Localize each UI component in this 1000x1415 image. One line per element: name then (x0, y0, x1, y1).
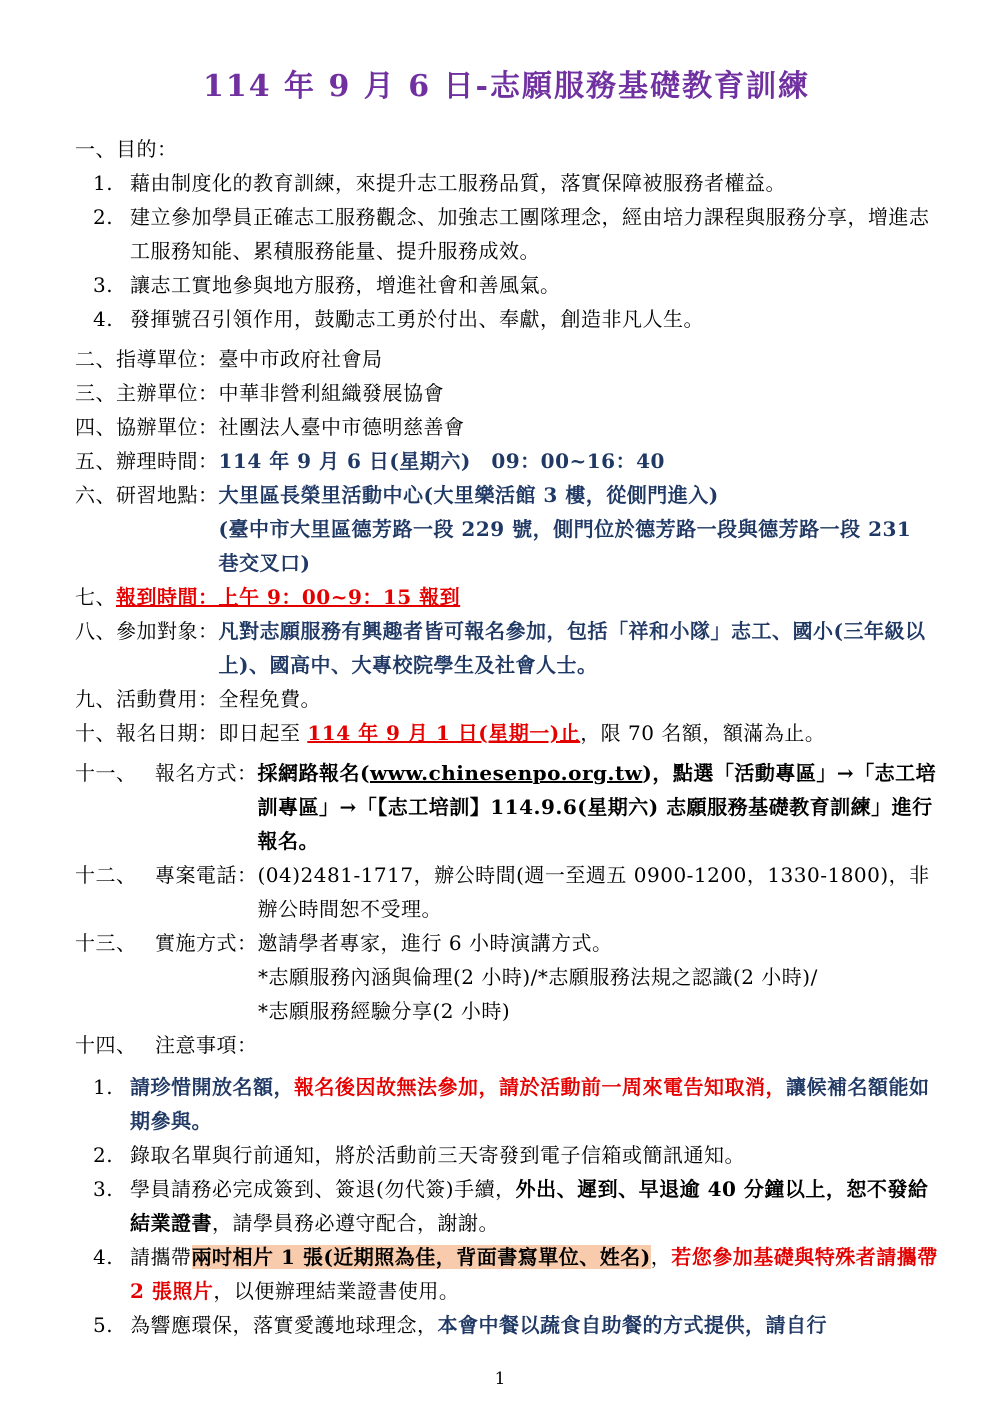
registration-section: 十一、 報名方式： 採網路報名(www.chinesenpo.org.tw)，點… (75, 756, 938, 858)
note-run: 請珍惜開放名額， (130, 1075, 294, 1099)
item-number: 1. (93, 1070, 130, 1104)
purpose-item-1: 1. 藉由制度化的教育訓練，來提升志工服務品質，落實保障被服務者權益。 (75, 166, 938, 200)
note-run: 錄取名單與行前通知，將於活動前三天寄發到電子信箱或簡訊通知。 (130, 1138, 938, 1172)
method-course-1: *志願服務內涵與倫理(2 小時)/*志願服務法規之認識(2 小時)/ (258, 960, 938, 994)
phone-section: 十二、 專案電話： (04)2481-1717，辦公時間(週一至週五 0900-… (75, 858, 938, 926)
method-section: 十三、 實施方式： 邀請學者專家，進行 6 小時演講方式。 (75, 926, 938, 960)
note-run: ，請學員務必遵守配合，謝謝。 (212, 1211, 499, 1235)
schedule-label: 五、辦理時間： (75, 449, 219, 473)
deadline-date: 114 年 9 月 1 日(星期一)止 (307, 721, 580, 745)
registration-text-1: 採網路報名( (258, 761, 370, 785)
venue-line2: (臺中市大里區德芳路一段 229 號，側門位於德芳路一段與德芳路一段 231 巷… (219, 517, 912, 575)
deadline-section: 十、報名日期：即日起至 114 年 9 月 1 日(星期一)止，限 70 名額，… (75, 716, 938, 750)
item-text: 建立參加學員正確志工服務觀念、加強志工團隊理念，經由培力課程與服務分享，增進志工… (130, 200, 938, 268)
registration-ordinal: 十一、 (75, 756, 155, 790)
note-item-3: 3. 學員請務必完成簽到、簽退(勿代簽)手續，外出、遲到、早退逾 40 分鐘以上… (75, 1172, 938, 1240)
notes-heading: 十四、 注意事項： (75, 1028, 938, 1062)
notes-ordinal: 十四、 (75, 1028, 155, 1062)
document-title: 114 年 9 月 6 日-志願服務基礎教育訓練 (75, 66, 938, 108)
checkin-section: 七、報到時間：上午 9：00~9：15 報到 (75, 580, 938, 614)
participants-label: 八、參加對象： (75, 614, 219, 648)
note-run: 學員請務必完成簽到、簽退(勿代簽)手續， (130, 1177, 516, 1201)
item-number: 1. (93, 166, 130, 200)
guidance-unit: 二、指導單位：臺中市政府社會局 (75, 342, 938, 376)
deadline-suffix: ，限 70 名額，額滿為止。 (580, 721, 825, 745)
method-label: 實施方式： (155, 926, 258, 960)
purpose-item-3: 3. 讓志工實地參與地方服務，增進社會和善風氣。 (75, 268, 938, 302)
purpose-item-4: 4. 發揮號召引領作用，鼓勵志工勇於付出、奉獻，創造非凡人生。 (75, 302, 938, 336)
method-value: 邀請學者專家，進行 6 小時演講方式。 (258, 926, 939, 960)
checkin-value: 報到時間：上午 9：00~9：15 報到 (116, 585, 460, 609)
participants-value: 凡對志願服務有興趣者皆可報名參加，包括「祥和小隊」志工、國小(三年級以上)、國高… (219, 619, 926, 677)
venue-label: 六、研習地點： (75, 478, 219, 512)
note-item-1: 1. 請珍惜開放名額，報名後因故無法參加，請於活動前一周來電告知取消，讓候補名額… (75, 1070, 938, 1138)
item-text: 讓志工實地參與地方服務，增進社會和善風氣。 (130, 268, 938, 302)
note-run: 報名後因故無法參加，請於活動前一周來電告知取消， (294, 1075, 786, 1099)
note-item-2: 2. 錄取名單與行前通知，將於活動前三天寄發到電子信箱或簡訊通知。 (75, 1138, 938, 1172)
note-run: 為響應環保，落實愛護地球理念， (130, 1313, 438, 1337)
schedule-section: 五、辦理時間：114 年 9 月 6 日(星期六) 09：00~16：40 (75, 444, 938, 478)
item-number: 4. (93, 302, 130, 336)
purpose-item-2: 2. 建立參加學員正確志工服務觀念、加強志工團隊理念，經由培力課程與服務分享，增… (75, 200, 938, 268)
item-number: 3. (93, 268, 130, 302)
phone-ordinal: 十二、 (75, 858, 155, 892)
note-run: 本會中餐以蔬食自助餐的方式提供，請自行 (438, 1313, 828, 1337)
fee-section: 九、活動費用：全程免費。 (75, 682, 938, 716)
checkin-prefix: 七、 (75, 585, 116, 609)
note-item-4: 4. 請攜帶兩吋相片 1 張(近期照為佳，背面書寫單位、姓名)，若您參加基礎與特… (75, 1240, 938, 1308)
notes-label: 注意事項： (155, 1028, 258, 1062)
item-number: 2. (93, 200, 130, 234)
document-page: 114 年 9 月 6 日-志願服務基礎教育訓練 一、目的： 1. 藉由制度化的… (0, 0, 1000, 1415)
item-text: 藉由制度化的教育訓練，來提升志工服務品質，落實保障被服務者權益。 (130, 166, 938, 200)
note-run: 請攜帶 (130, 1245, 192, 1269)
purpose-heading: 一、目的： (75, 132, 938, 166)
item-number: 4. (93, 1240, 130, 1274)
phone-value: (04)2481-1717，辦公時間(週一至週五 0900-1200，1330-… (258, 858, 939, 926)
deadline-prefix: 十、報名日期：即日起至 (75, 721, 307, 745)
item-text: 發揮號召引領作用，鼓勵志工勇於付出、奉獻，創造非凡人生。 (130, 302, 938, 336)
schedule-value: 114 年 9 月 6 日(星期六) 09：00~16：40 (219, 449, 665, 473)
method-ordinal: 十三、 (75, 926, 155, 960)
co-organizer-unit: 四、協辦單位：社團法人臺中市德明慈善會 (75, 410, 938, 444)
venue-line1: 大里區長榮里活動中心(大里樂活館 3 樓，從側門進入) (219, 483, 719, 507)
note-run-highlighted: 兩吋相片 1 張(近期照為佳，背面書寫單位、姓名) (192, 1245, 651, 1269)
item-number: 2. (93, 1138, 130, 1172)
note-run: ， (651, 1245, 672, 1269)
registration-label: 報名方式： (155, 756, 258, 790)
organizer-unit: 三、主辦單位：中華非營利組織發展協會 (75, 376, 938, 410)
phone-label: 專案電話： (155, 858, 258, 892)
item-number: 5. (93, 1308, 130, 1342)
page-number: 1 (0, 1369, 1000, 1389)
participants-section: 八、參加對象： 凡對志願服務有興趣者皆可報名參加，包括「祥和小隊」志工、國小(三… (75, 614, 938, 682)
venue-section: 六、研習地點： 大里區長榮里活動中心(大里樂活館 3 樓，從側門進入) (臺中市… (75, 478, 938, 580)
item-number: 3. (93, 1172, 130, 1206)
registration-url: www.chinesenpo.org.tw (370, 761, 642, 785)
note-item-5: 5. 為響應環保，落實愛護地球理念，本會中餐以蔬食自助餐的方式提供，請自行 (75, 1308, 938, 1342)
note-run: ，以便辦理結業證書使用。 (213, 1279, 459, 1303)
method-course-2: *志願服務經驗分享(2 小時) (258, 994, 938, 1028)
